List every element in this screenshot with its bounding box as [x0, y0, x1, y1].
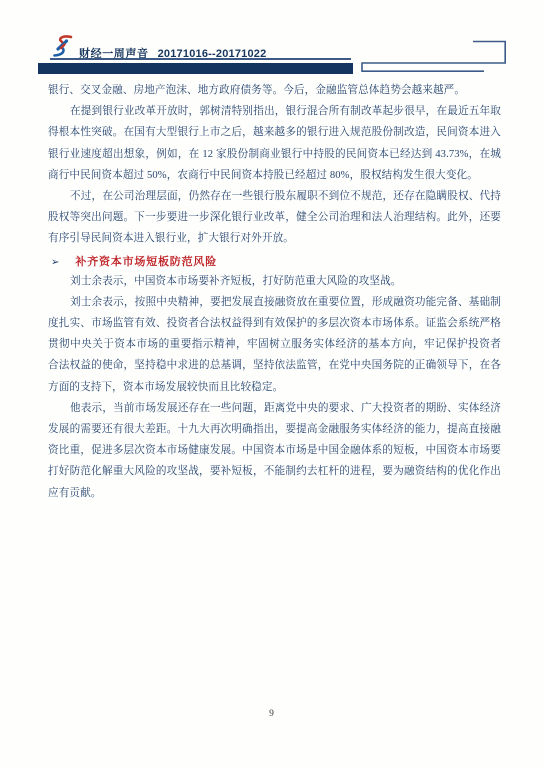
- text-line: 他表示，当前市场发展还存在一些问题，距离党中央的要求、广大投资者的期盼、实体经济: [48, 398, 501, 419]
- document-page: 财经一周声音20171016--20171022 银行、交叉金融、房地产泡沫、地…: [0, 0, 543, 768]
- text-line: 不过，在公司治理层面，仍然存在一些银行股东履职不到位不规范，还存在隐瞒股权、代持: [48, 186, 501, 207]
- text-line: 应有贡献。: [48, 483, 501, 504]
- text-line: 发展的需要还有很大差距。十九大再次明确指出，要提高金融服务实体经济的能力，提高直…: [48, 419, 501, 440]
- text-line: 资比重，促进多层次资本市场健康发展。中国资本市场是中国金融体系的短板，中国资本市…: [48, 440, 501, 461]
- header-navy-bar: [38, 63, 353, 74]
- section-heading-text: 补齐资本市场短板防范风险: [75, 256, 217, 268]
- text-line: 有序引导民间资本进入银行业，扩大银行对外开放。: [48, 228, 501, 249]
- text-line: 得根本性突破。在国有大型银行上市之后，越来越多的银行进入规范股份制改造，民间资本…: [48, 122, 501, 143]
- text-line: 商行中民间资本超过 50%，农商行中民间资本持股已经超过 80%，股权结构发生很…: [48, 165, 501, 186]
- text-line: 方面的支持下，资本市场发展较快而且比较稳定。: [48, 377, 501, 398]
- text-line: 刘士余表示，中国资本市场要补齐短板，打好防范重大风险的攻坚战。: [48, 271, 501, 292]
- page-number: 9: [269, 709, 274, 719]
- arrow-bullet-icon: ➢: [51, 257, 59, 268]
- document-body: 银行、交叉金融、房地产泡沫、地方政府债务等。今后，金融监管总体趋势会越来越严。在…: [48, 80, 501, 504]
- text-line: 合法权益的使命，坚持稳中求进的总基调，坚持依法监管，在党中央国务院的正确领导下，…: [48, 355, 501, 376]
- text-line: 度扎实、市场监管有效、投资者合法权益得到有效保护的多层次资本市场体系。证监会系统…: [48, 313, 501, 334]
- page-footer: 9: [0, 709, 543, 719]
- header-rule: [50, 58, 351, 60]
- text-line: 贯彻中央关于资本市场的重要指示精神，牢固树立服务实体经济的基本方向，牢记保护投资…: [48, 334, 501, 355]
- section-heading: ➢补齐资本市场短板防范风险: [48, 250, 501, 271]
- text-line: 刘士余表示，按照中央精神，要把发展直接融资放在重要位置，形成融资功能完备、基础制: [48, 292, 501, 313]
- brand-logo-icon: [51, 35, 73, 59]
- text-line: 银行、交叉金融、房地产泡沫、地方政府债务等。今后，金融监管总体趋势会越来越严。: [48, 80, 501, 101]
- text-line: 打好防范化解重大风险的攻坚战，要补短板，不能制约去杠杆的进程，要为融资结构的优化…: [48, 461, 501, 482]
- text-line: 在提到银行业改革开放时，郭树清特别指出，银行混合所有制改革起步很早，在最近五年取: [48, 101, 501, 122]
- text-line: 银行业速度超出想象，例如，在 12 家股份制商业银行中持股的民间资本已经达到 4…: [48, 144, 501, 165]
- decorative-outline-shape: [358, 38, 510, 76]
- text-line: 股权等突出问题。下一步要进一步深化银行业改革，健全公司治理和法人治理结构。此外，…: [48, 207, 501, 228]
